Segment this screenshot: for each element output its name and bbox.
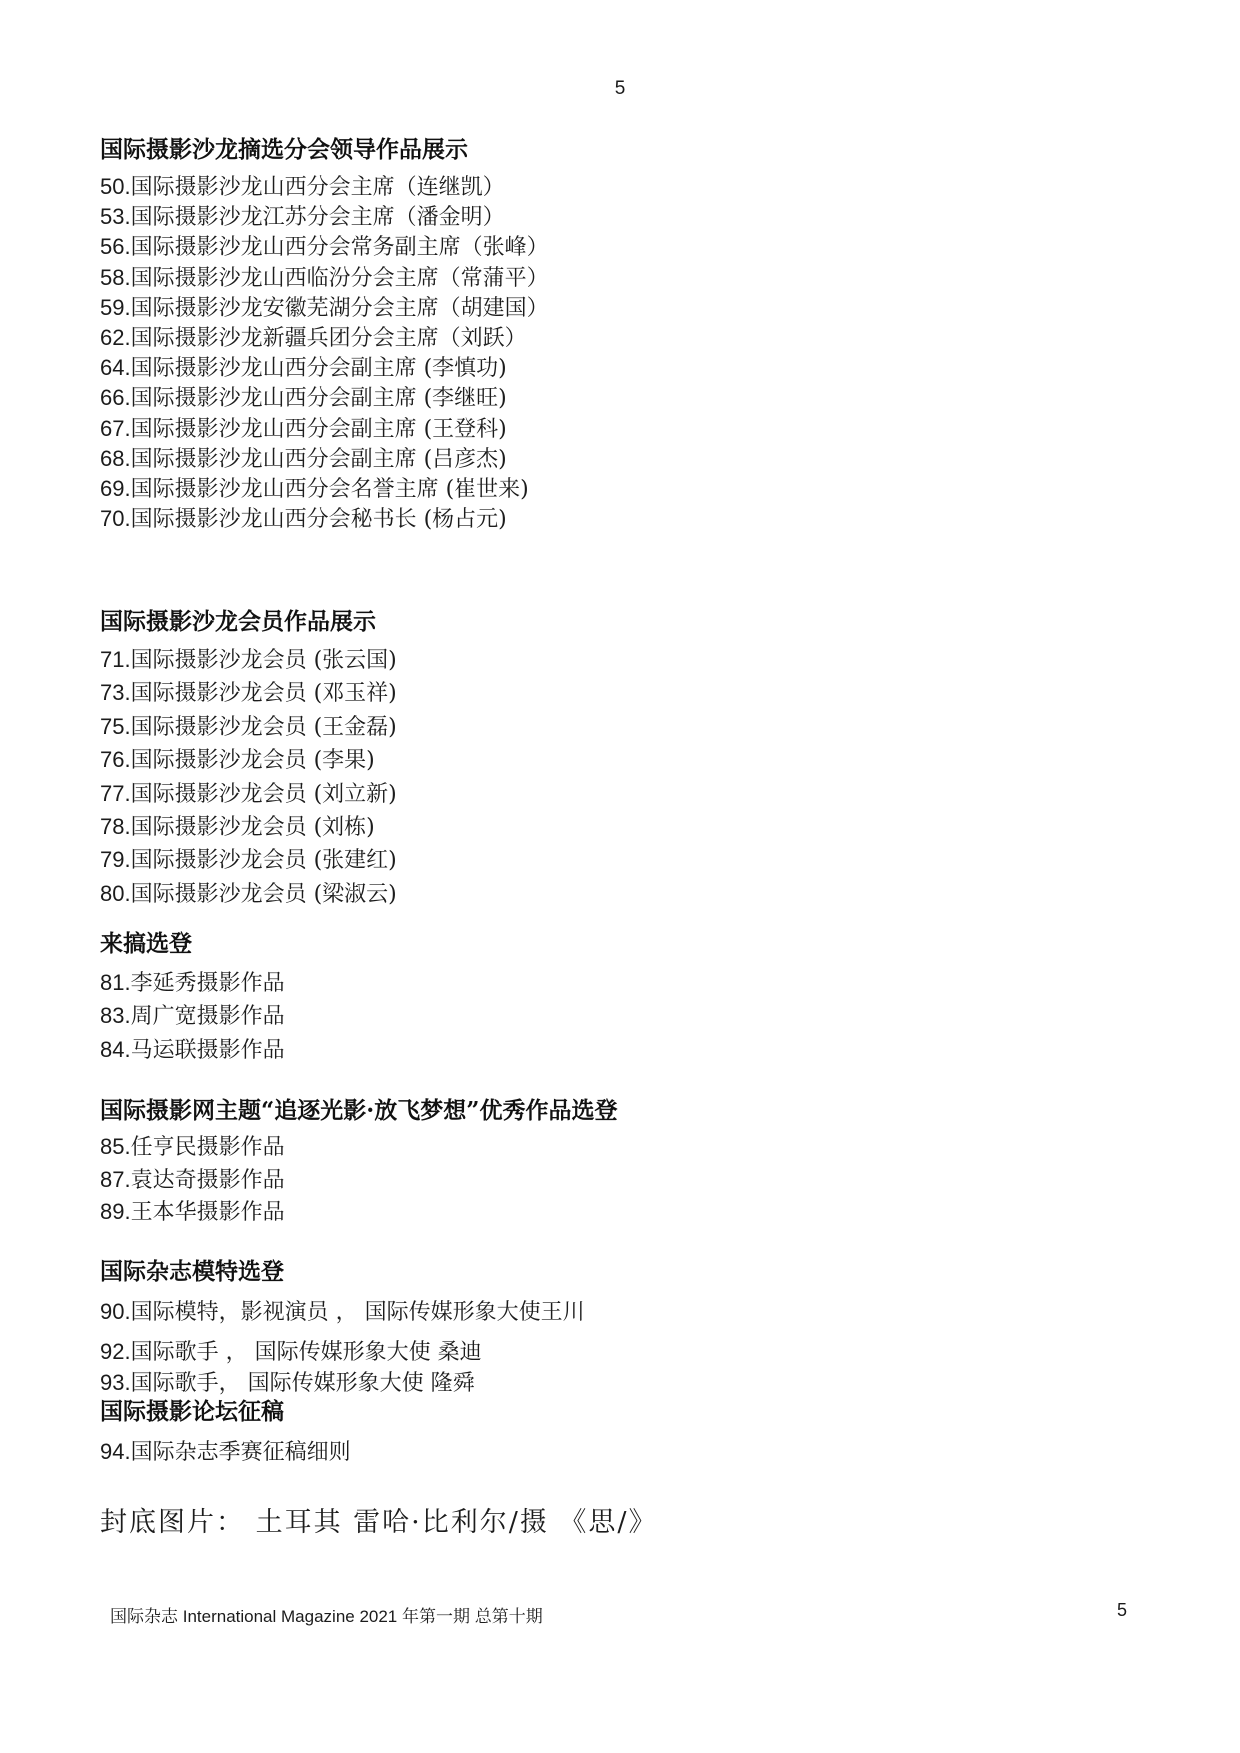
item-text: 国际摄影沙龙山西分会常务副主席（张峰） [131,235,549,260]
toc-item: 80.国际摄影沙龙会员 (梁淑云) [100,878,397,911]
toc-item: 62.国际摄影沙龙新疆兵团分会主席（刘跃） [100,323,549,353]
item-number: 89. [100,1199,131,1224]
item-number: 81. [100,970,131,995]
toc-item: 70.国际摄影沙龙山西分会秘书长 (杨占元) [100,504,549,534]
item-text: 国际摄影沙龙山西分会副主席 (李继旺) [131,386,507,411]
toc-item: 56.国际摄影沙龙山西分会常务副主席（张峰） [100,232,549,262]
toc-item: 71.国际摄影沙龙会员 (张云国) [100,644,397,677]
item-text: 国际摄影沙龙山西临汾分会主席（常蒲平） [131,266,549,291]
toc-section: 国际摄影沙龙会员作品展示71.国际摄影沙龙会员 (张云国)73.国际摄影沙龙会员… [100,607,397,911]
item-number: 50. [100,174,131,199]
item-number: 90. [100,1299,131,1324]
item-text: 国际摄影沙龙会员 (邓玉祥) [131,681,397,706]
toc-item: 77.国际摄影沙龙会员 (刘立新) [100,778,397,811]
item-number: 68. [100,446,131,471]
item-text: 国际模特，影视演员 ， 国际传媒形象大使王川 [131,1300,585,1325]
back-cover-caption: 封底图片： 土耳其 雷哈·比利尔/摄 《思/》 [100,1500,658,1539]
section-heading: 国际摄影沙龙会员作品展示 [100,607,397,637]
item-text: 周广宽摄影作品 [131,1004,285,1029]
toc-section: 国际摄影沙龙摘选分会领导作品展示50.国际摄影沙龙山西分会主席（连继凯）53.国… [100,135,549,534]
toc-item: 84.马运联摄影作品 [100,1034,285,1067]
toc-section: 来搞选登81.李延秀摄影作品83.周广宽摄影作品84.马运联摄影作品 [100,929,285,1067]
item-text: 国际摄影沙龙山西分会秘书长 (杨占元) [131,507,507,532]
toc-item: 73.国际摄影沙龙会员 (邓玉祥) [100,677,397,710]
item-number: 71. [100,647,131,672]
item-text: 国际摄影沙龙山西分会主席（连继凯） [131,175,505,200]
toc-item: 90.国际模特，影视演员 ， 国际传媒形象大使王川 [100,1297,585,1328]
item-text: 国际歌手， 国际传媒形象大使 隆舜 [131,1371,475,1396]
item-number: 53. [100,204,131,229]
toc-item: 92.国际歌手 ， 国际传媒形象大使 桑迪 [100,1337,585,1368]
item-text: 国际摄影沙龙山西分会副主席 (吕彦杰) [131,447,507,472]
toc-item: 93.国际歌手， 国际传媒形象大使 隆舜 [100,1368,585,1399]
toc-item: 89.王本华摄影作品 [100,1196,617,1229]
toc-item: 53.国际摄影沙龙江苏分会主席（潘金明） [100,202,549,232]
toc-item: 79.国际摄影沙龙会员 (张建红) [100,844,397,877]
item-number: 77. [100,781,131,806]
page-number-footer: 5 [1117,1600,1127,1621]
item-number: 70. [100,506,131,531]
item-text: 国际摄影沙龙新疆兵团分会主席（刘跃） [131,326,527,351]
toc-item: 87.袁达奇摄影作品 [100,1164,617,1197]
item-text: 国际摄影沙龙会员 (张建红) [131,848,397,873]
item-text: 国际摄影沙龙江苏分会主席（潘金明） [131,205,505,230]
toc-item: 59.国际摄影沙龙安徽芜湖分会主席（胡建国） [100,293,549,323]
toc-section: 国际摄影网主题“追逐光影·放飞梦想”优秀作品选登85.任亨民摄影作品87.袁达奇… [100,1096,617,1229]
item-number: 93. [100,1370,131,1395]
footer-journal-info: 国际杂志 International Magazine 2021 年第一期 总第… [110,1602,543,1627]
item-text: 任亨民摄影作品 [131,1135,285,1160]
section-heading: 国际摄影沙龙摘选分会领导作品展示 [100,135,549,165]
item-number: 94. [100,1439,131,1464]
item-number: 62. [100,325,131,350]
item-number: 67. [100,416,131,441]
item-number: 76. [100,747,131,772]
page-number-top: 5 [0,78,1240,100]
toc-item: 64.国际摄影沙龙山西分会副主席 (李慎功) [100,353,549,383]
section-heading: 国际摄影网主题“追逐光影·放飞梦想”优秀作品选登 [100,1096,617,1126]
toc-section: 国际摄影论坛征稿94.国际杂志季赛征稿细则 [100,1397,351,1468]
item-text: 国际摄影沙龙安徽芜湖分会主席（胡建国） [131,296,549,321]
item-number: 84. [100,1037,131,1062]
toc-item: 50.国际摄影沙龙山西分会主席（连继凯） [100,172,549,202]
section-heading: 国际摄影论坛征稿 [100,1397,351,1427]
item-number: 85. [100,1134,131,1159]
toc-item: 75.国际摄影沙龙会员 (王金磊) [100,711,397,744]
toc-item: 94.国际杂志季赛征稿细则 [100,1437,351,1468]
item-text: 国际摄影沙龙会员 (梁淑云) [131,882,397,907]
item-text: 王本华摄影作品 [131,1200,285,1225]
item-text: 国际摄影沙龙山西分会副主席 (李慎功) [131,356,507,381]
item-text: 国际杂志季赛征稿细则 [131,1440,351,1465]
item-text: 袁达奇摄影作品 [131,1168,285,1193]
toc-item: 58.国际摄影沙龙山西临汾分会主席（常蒲平） [100,263,549,293]
item-text: 李延秀摄影作品 [131,971,285,996]
item-text: 国际摄影沙龙会员 (刘立新) [131,782,397,807]
item-number: 66. [100,385,131,410]
item-text: 国际歌手 ， 国际传媒形象大使 桑迪 [131,1340,482,1365]
toc-item: 68.国际摄影沙龙山西分会副主席 (吕彦杰) [100,444,549,474]
item-text: 国际摄影沙龙山西分会副主席 (王登科) [131,417,507,442]
section-heading: 国际杂志模特选登 [100,1257,585,1287]
item-text: 国际摄影沙龙会员 (李果) [131,748,375,773]
item-number: 59. [100,295,131,320]
item-number: 56. [100,234,131,259]
item-text: 国际摄影沙龙会员 (刘栋) [131,815,375,840]
item-text: 国际摄影沙龙山西分会名誉主席 (崔世来) [131,477,529,502]
item-number: 64. [100,355,131,380]
item-text: 国际摄影沙龙会员 (张云国) [131,648,397,673]
section-heading: 来搞选登 [100,929,285,959]
item-number: 92. [100,1339,131,1364]
item-number: 80. [100,881,131,906]
item-number: 58. [100,265,131,290]
item-number: 87. [100,1167,131,1192]
toc-item: 83.周广宽摄影作品 [100,1000,285,1033]
item-text: 马运联摄影作品 [131,1038,285,1063]
toc-item: 76.国际摄影沙龙会员 (李果) [100,744,397,777]
toc-item: 85.任亨民摄影作品 [100,1131,617,1164]
item-number: 69. [100,476,131,501]
item-number: 79. [100,847,131,872]
toc-section: 国际杂志模特选登90.国际模特，影视演员 ， 国际传媒形象大使王川92.国际歌手… [100,1257,585,1399]
item-number: 78. [100,814,131,839]
toc-item: 78.国际摄影沙龙会员 (刘栋) [100,811,397,844]
toc-item: 81.李延秀摄影作品 [100,967,285,1000]
item-number: 73. [100,680,131,705]
toc-item: 69.国际摄影沙龙山西分会名誉主席 (崔世来) [100,474,549,504]
toc-item: 66.国际摄影沙龙山西分会副主席 (李继旺) [100,383,549,413]
item-number: 75. [100,714,131,739]
item-number: 83. [100,1003,131,1028]
toc-item: 67.国际摄影沙龙山西分会副主席 (王登科) [100,414,549,444]
item-text: 国际摄影沙龙会员 (王金磊) [131,715,397,740]
document-page: 5 国际摄影沙龙摘选分会领导作品展示50.国际摄影沙龙山西分会主席（连继凯）53… [0,0,1240,1753]
